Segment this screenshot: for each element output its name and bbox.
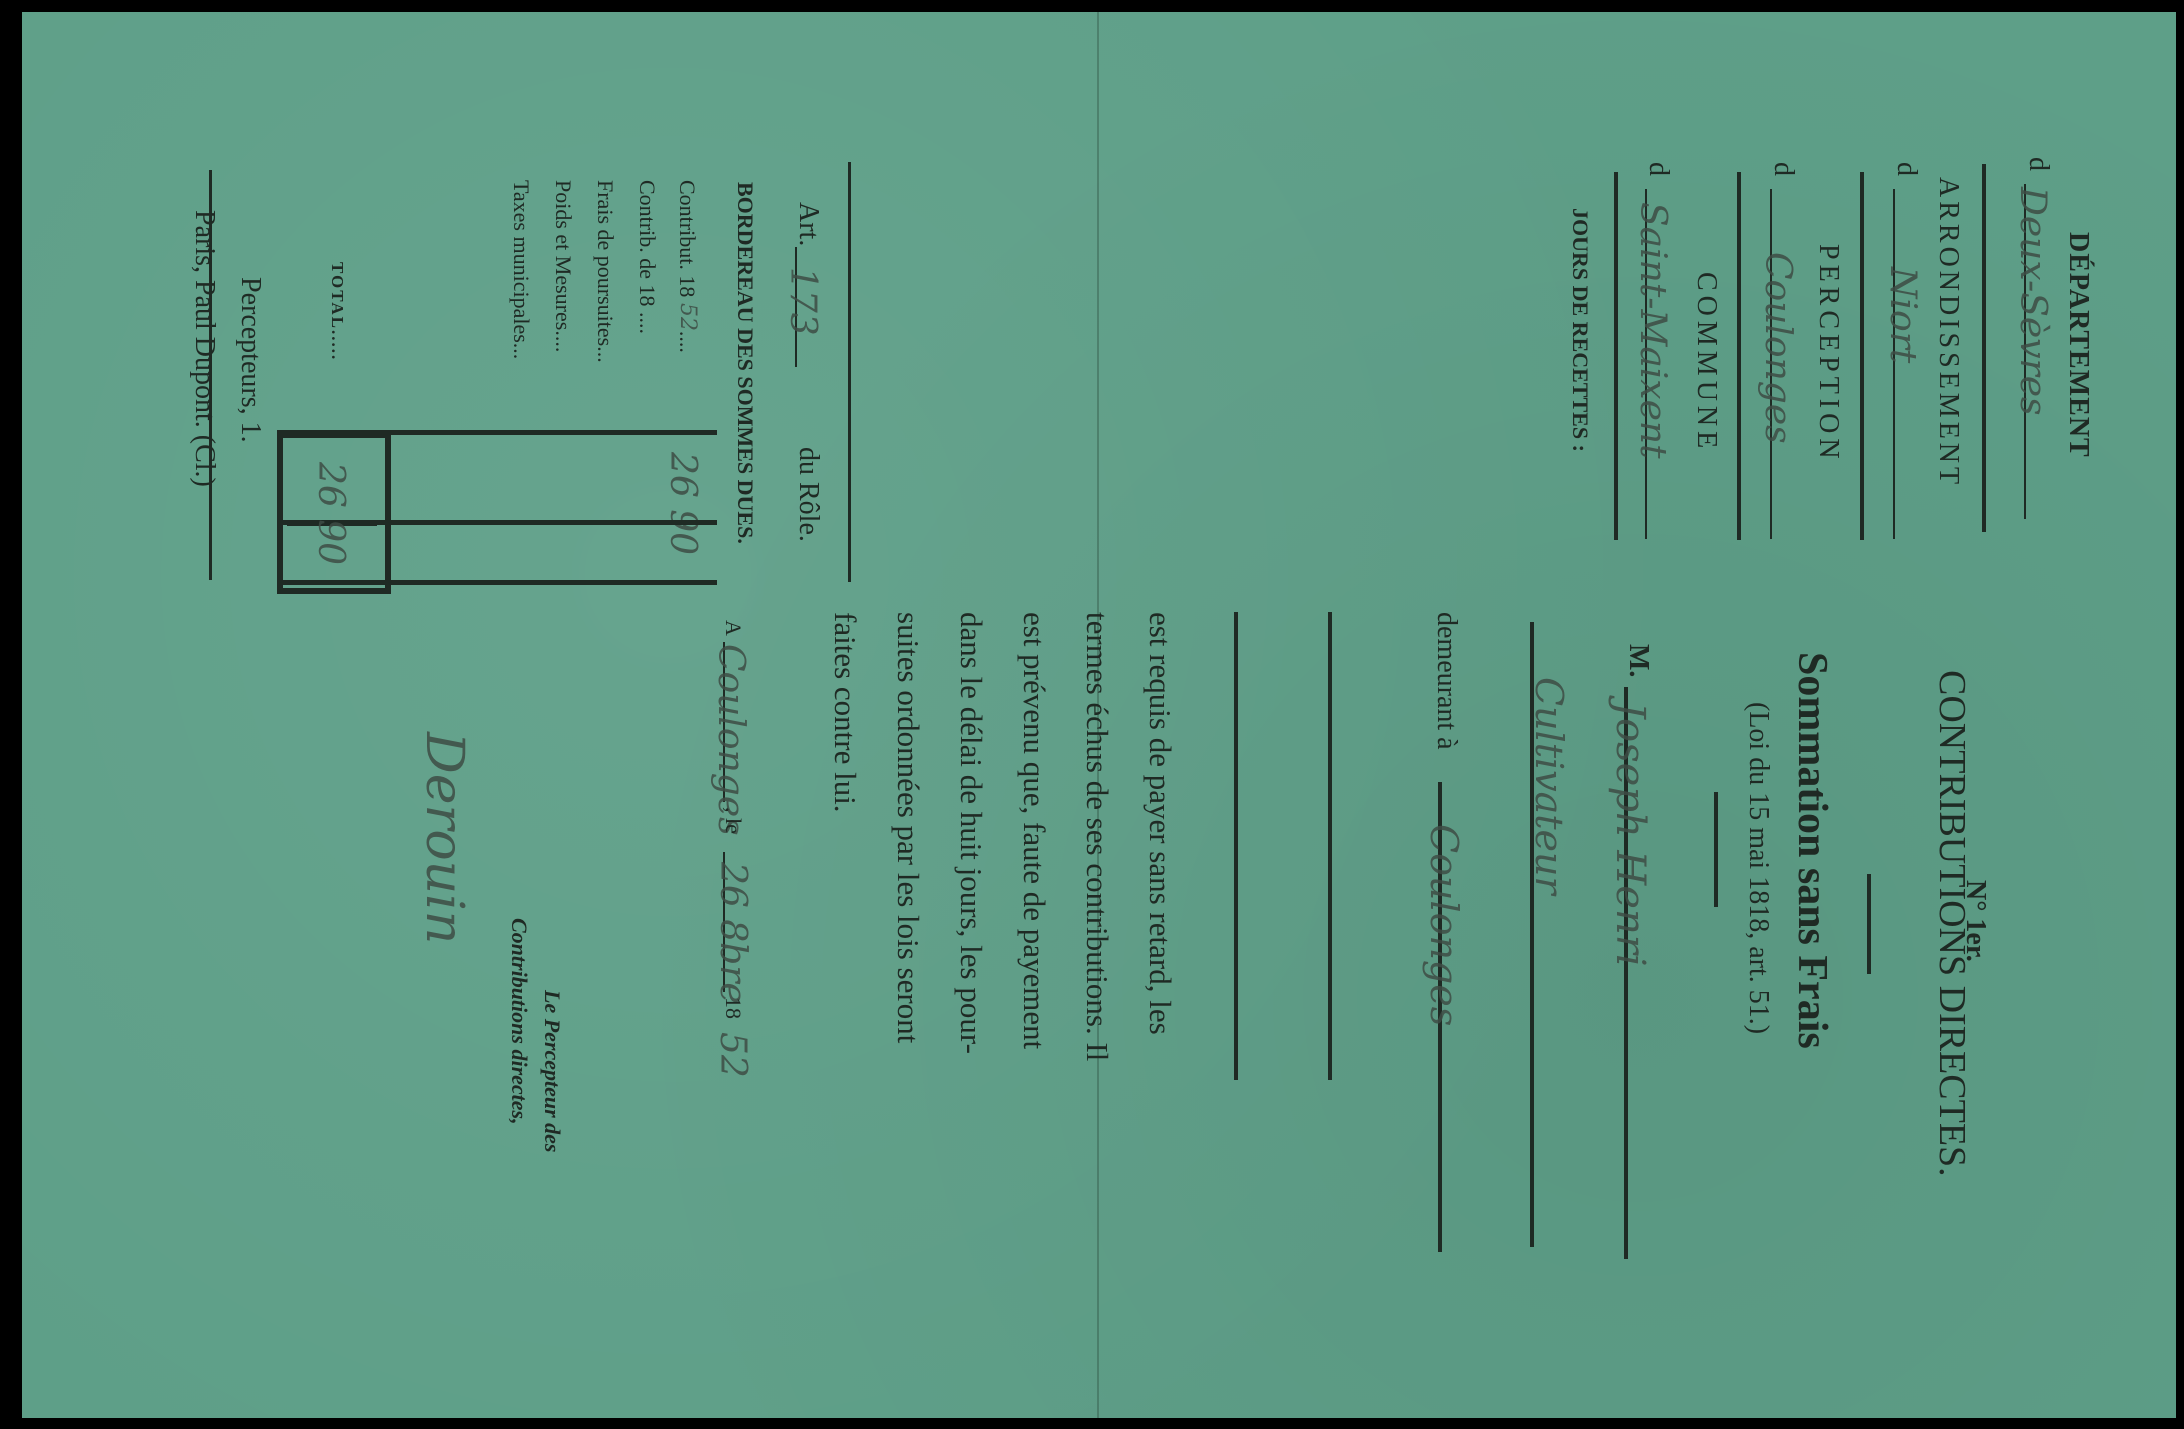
divider — [1614, 172, 1618, 540]
year-value: 52 — [712, 1032, 753, 1078]
total-label: TOTAL..... — [327, 262, 347, 361]
residence-value: Coulonges — [1422, 824, 1466, 1026]
bordereau-divider — [848, 162, 851, 582]
addressee-name: Joseph Henri — [1607, 702, 1653, 967]
m-label: M. — [1622, 644, 1654, 677]
art-value: 173 — [782, 267, 823, 336]
imprint-line-2: Paris, Paul Dupont. (Cl.) — [188, 210, 220, 487]
blank-line-1 — [1328, 612, 1332, 1080]
tax-notice-paper: N° 1er. DÉPARTEMENT d Deux-Sèvres ARROND… — [22, 12, 2176, 1418]
arrondissement-underline — [1893, 189, 1895, 539]
commune-prefix: d — [1642, 162, 1674, 176]
arrondissement-prefix: d — [1890, 162, 1922, 176]
occupation-underline — [1530, 622, 1534, 1247]
arrondissement-value: Niort — [1882, 267, 1923, 363]
jours-de-recettes-label: JOURS DE RECETTES : — [1567, 208, 1593, 452]
document-title: Sommation sans Frais — [1788, 652, 1836, 1049]
total-amount: 26 90 — [310, 462, 351, 565]
row-1-amount: 26 90 — [662, 452, 703, 555]
signature-title-1: Le Percepteur des — [539, 990, 565, 1153]
residence-label: demeurant à — [1430, 612, 1462, 750]
art-label: Art. — [792, 202, 824, 246]
arrondissement-label: ARRONDISSEMENT — [1932, 177, 1964, 488]
bordereau-row-1: Contribut. 18 52.... — [674, 180, 700, 353]
imprint-line-1: Percepteurs, 1. — [234, 277, 266, 443]
divider — [1860, 172, 1864, 540]
bordereau-row-3: Frais de poursuites... — [592, 180, 618, 363]
body-line-5: suites ordonnées par les lois seront — [890, 612, 926, 1043]
bordereau-row-2: Contrib. de 18 .... — [634, 180, 660, 334]
bordereau-row-5: Taxes municipales... — [508, 180, 534, 359]
blank-line-2 — [1234, 612, 1238, 1080]
body-line-6: faites contre lui. — [827, 612, 863, 813]
office-title: CONTRIBUTIONS DIRECTES. — [1930, 670, 1974, 1177]
bordereau-row-4: Poids et Mesures.... — [550, 180, 576, 352]
law-reference: (Loi du 15 mai 1818, art. 51.) — [1742, 702, 1774, 1034]
body-line-4: dans le délai de huit jours, les pour- — [953, 612, 989, 1054]
body-line-3: est prévenu que, faute de payement — [1016, 612, 1052, 1049]
departement-label: DÉPARTEMENT — [2062, 232, 2094, 458]
year-prefix: 18 — [720, 997, 746, 1019]
body-line-2: termes échus de ses contributions. Il — [1079, 612, 1115, 1061]
departement-prefix: d — [2022, 157, 2054, 171]
date-value: 26 8bre — [712, 862, 753, 1004]
perception-value: Coulonges — [1757, 252, 1798, 444]
handwritten-signature: Derouin — [414, 732, 474, 944]
bordereau-title: BORDEREAU DES SOMMES DUES. — [732, 182, 758, 544]
commune-label: COMMUNE — [1690, 272, 1722, 453]
divider — [1737, 172, 1741, 540]
title-dash — [1867, 874, 1871, 974]
title-dash-2 — [1714, 792, 1718, 907]
divider — [1982, 164, 1986, 532]
signature-title-2: Contributions directes, — [506, 918, 532, 1125]
perception-label: PERCEPTION — [1812, 244, 1844, 464]
le-label: , le — [720, 807, 746, 834]
perception-prefix: d — [1767, 162, 1799, 176]
commune-value: Saint-Maixent — [1632, 202, 1673, 459]
body-line-1: est requis de payer sans retard, les — [1142, 612, 1178, 1035]
du-role-label: du Rôle. — [792, 447, 824, 542]
departement-value: Deux-Sèvres — [2012, 187, 2053, 415]
a-label: A — [720, 620, 746, 636]
